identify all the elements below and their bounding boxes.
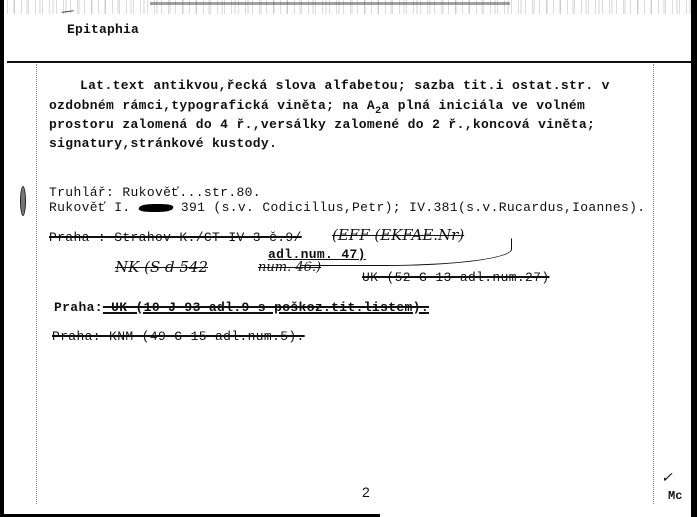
holding-knm: Praha: KNM (49 G 15 adl.num.5). (52, 329, 305, 344)
holding-uk-10-text: UK (10 J 93 adl.9 s poškoz.tit.listem). (103, 300, 429, 315)
description-line-4: signatury,stránkové kustody. (49, 136, 277, 151)
left-margin-guide (36, 64, 37, 504)
reference-rukovet: Rukověť I. 391 (s.v. Codicillus,Petr); I… (49, 200, 645, 215)
reference-rukovet-end: 391 (s.v. Codicillus,Petr); IV.381(s.v.R… (173, 200, 646, 215)
scan-left-border (0, 0, 4, 517)
description-subscript: 2 (375, 106, 381, 117)
holding-uk-10: Praha: UK (10 J 93 adl.9 s poškoz.tit.li… (54, 300, 429, 315)
page-number: 2 (362, 484, 370, 500)
holding-uk-10-label: Praha: (54, 300, 103, 315)
paperclip-mark (20, 186, 26, 216)
check-mark-icon: ✓ (661, 470, 673, 486)
handwritten-stroke (300, 238, 512, 266)
cataloger-initials: Mc (668, 489, 682, 503)
reference-truhlar: Truhlář: Rukověť...str.80. (49, 185, 261, 200)
right-margin-guide (653, 64, 654, 504)
description-line-3: prostoru zalomená do 4 ř.,versálky zalom… (49, 117, 595, 132)
holding-uk-52: UK (52 G 13 adl.num.27) (362, 270, 549, 285)
holding-nk-handwritten: NK (S d 542 (115, 258, 208, 276)
reference-rukovet-start: Rukověť I. (49, 200, 131, 215)
catalog-card: Epitaphia Lat.text antikvou,řecká slova … (0, 0, 697, 517)
card-heading: Epitaphia (67, 22, 139, 37)
header-rule (7, 61, 692, 63)
holding-nk-handwritten-note: num. 46.) (258, 260, 321, 275)
redaction-blot (137, 204, 174, 212)
description-line-2: ozdobném rámci,typografická viněta; na A… (49, 98, 585, 113)
description-line-1: Lat.text antikvou,řecká slova alfabetou;… (80, 78, 610, 93)
description-line-2-end: a plná iniciála ve volném (381, 98, 585, 113)
holding-strahov: Praha : Strahov K./CT IV 3 č.9/ (49, 230, 302, 245)
scan-noise-band (150, 2, 510, 5)
pencil-mark (62, 10, 75, 19)
scan-right-border (691, 0, 697, 517)
description-line-2-start: ozdobném rámci,typografická viněta; na A (49, 98, 375, 113)
